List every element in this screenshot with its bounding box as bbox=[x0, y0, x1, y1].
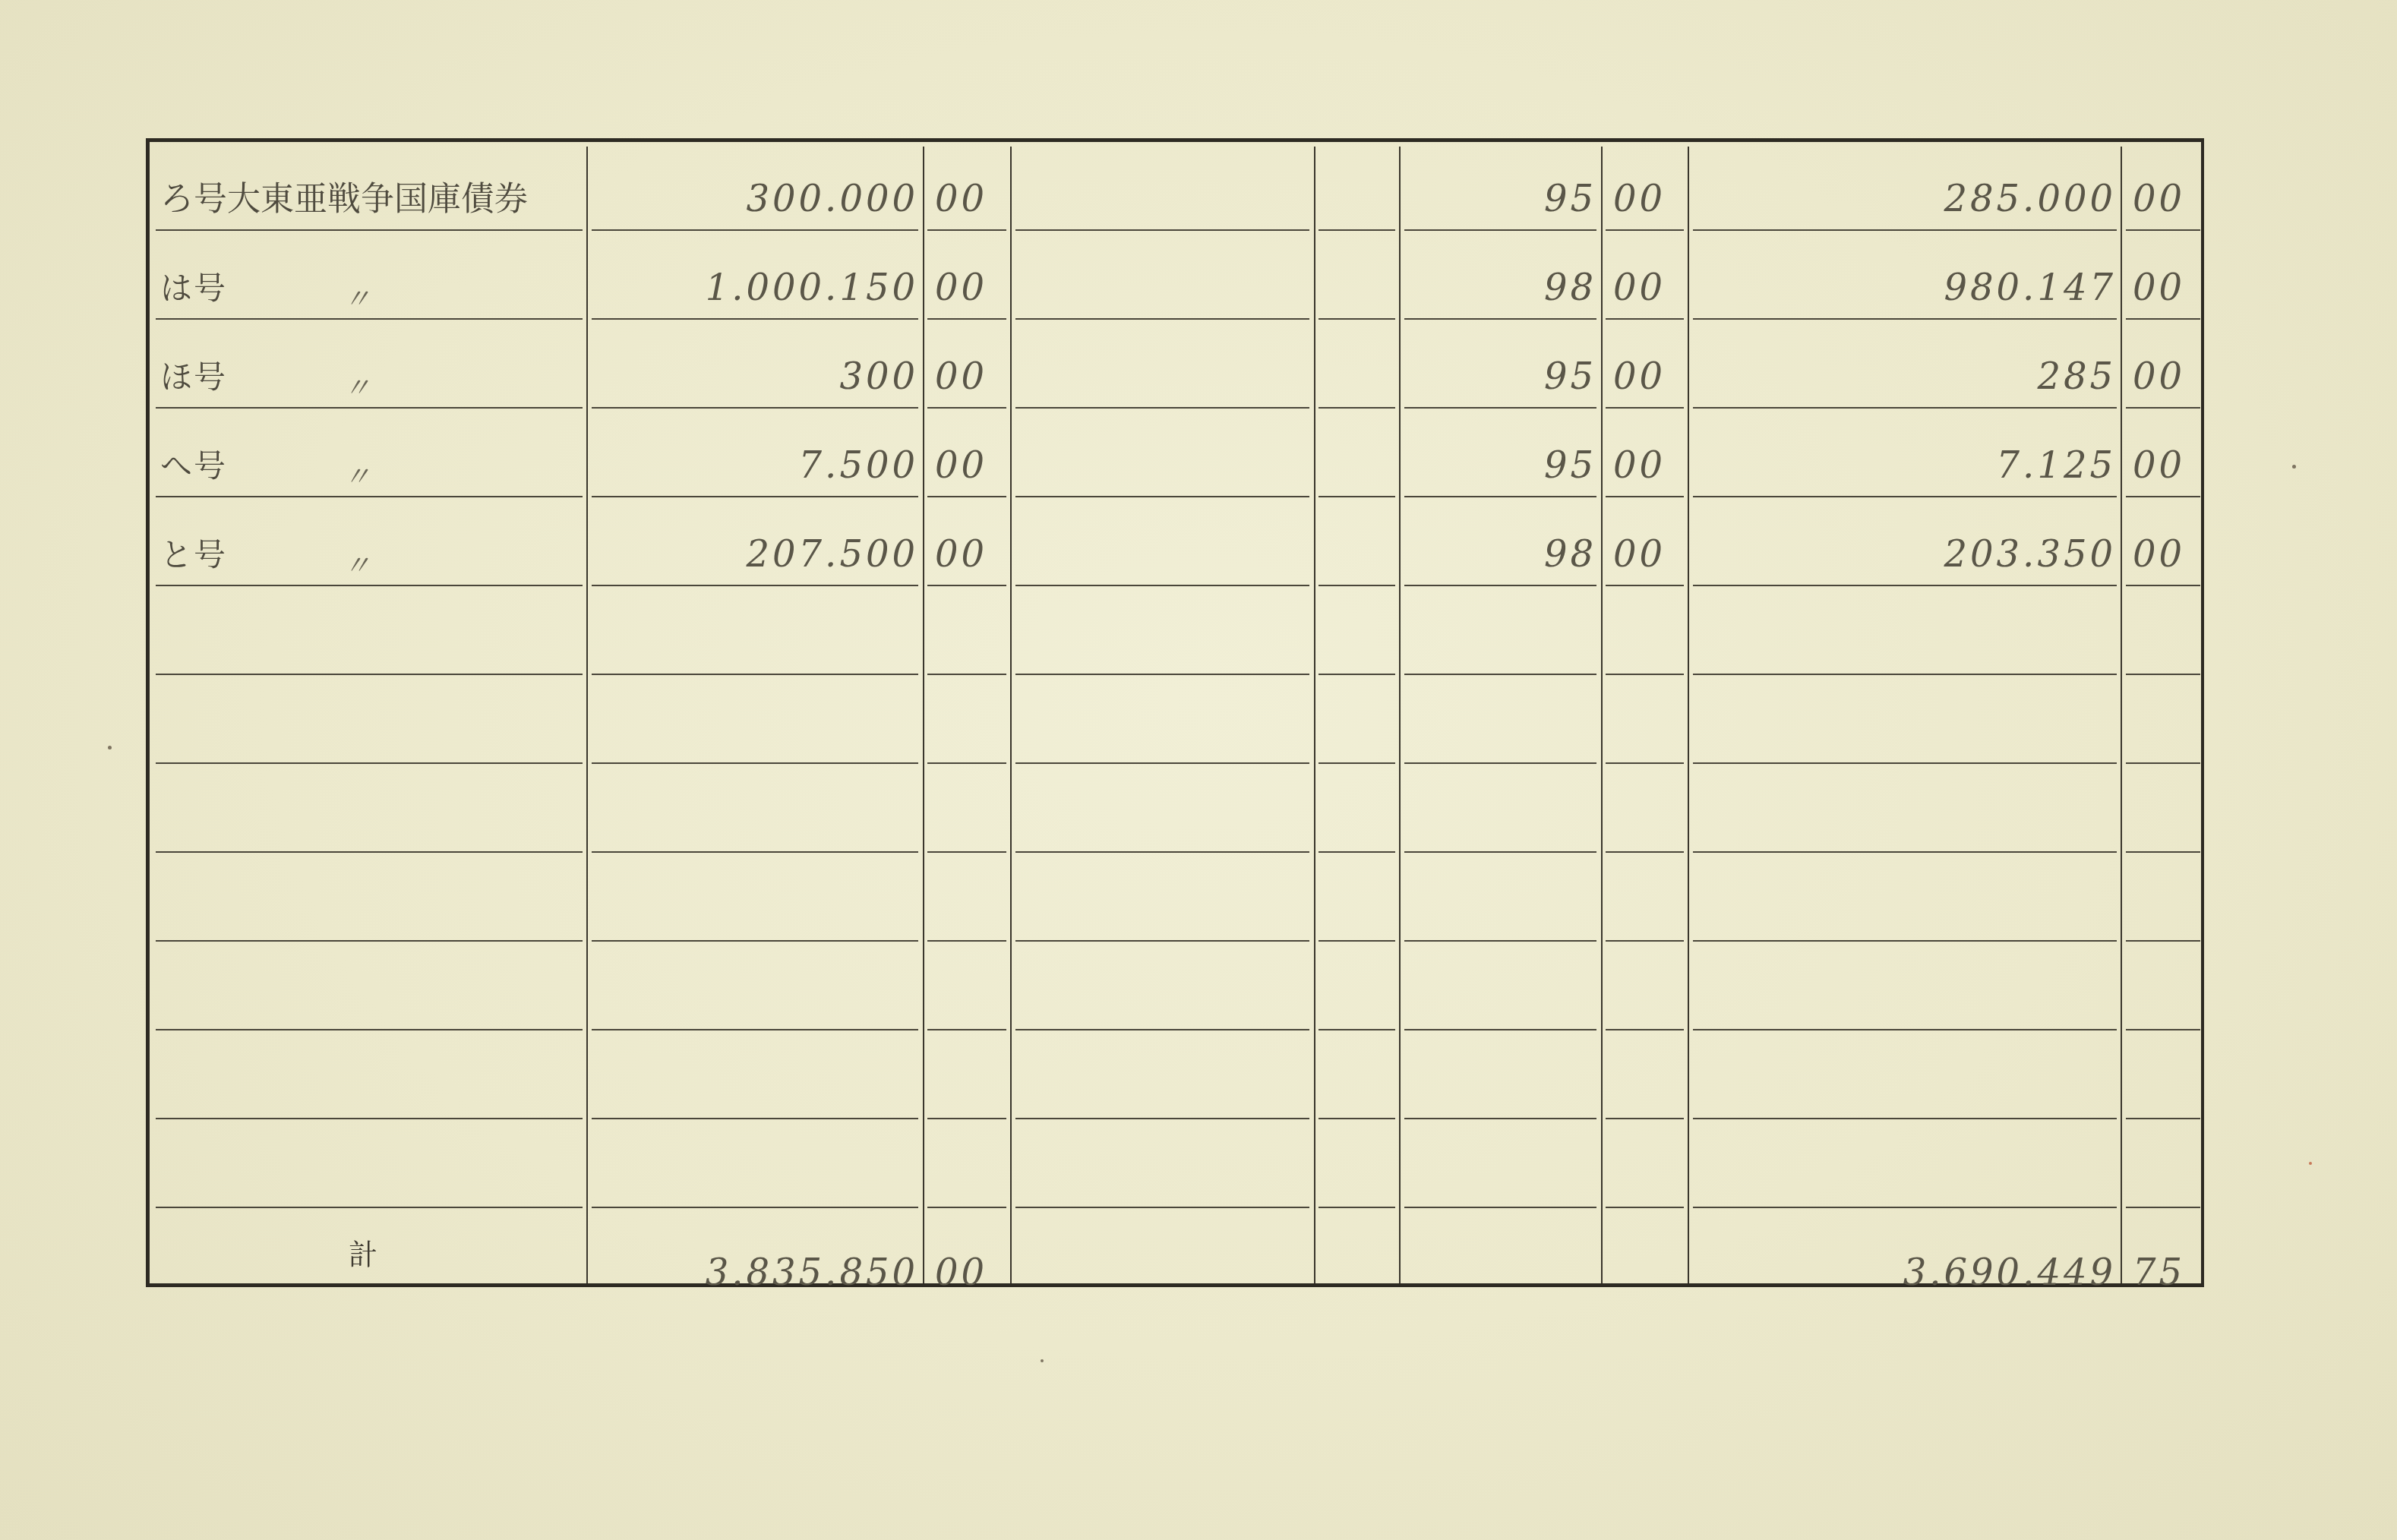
row-rule bbox=[1404, 1118, 1596, 1119]
column-divider bbox=[1314, 147, 1315, 1283]
row-rule bbox=[2126, 1029, 2200, 1030]
face-value-yen: 300.000 bbox=[588, 142, 923, 231]
price-sen: 00 bbox=[1603, 320, 1688, 409]
row-rule bbox=[1319, 940, 1395, 942]
row-rule bbox=[1015, 851, 1309, 853]
price-yen: 98 bbox=[1401, 497, 1601, 586]
row-rule bbox=[927, 940, 1006, 942]
row-rule bbox=[2126, 762, 2200, 764]
row-rule bbox=[1693, 1029, 2117, 1030]
row-rule bbox=[1319, 1207, 1395, 1208]
market-value-yen: 203.350 bbox=[1689, 497, 2121, 586]
bond-name: ろ号大東亜戦争国庫債券 bbox=[150, 142, 586, 231]
row-rule bbox=[1404, 762, 1596, 764]
row-rule bbox=[1693, 940, 2117, 942]
ditto-mark: 〃 bbox=[343, 278, 371, 317]
market-value-sen: 00 bbox=[2122, 409, 2202, 497]
row-rule bbox=[1319, 496, 1395, 497]
paper-speck bbox=[2292, 465, 2296, 469]
row-rule bbox=[927, 1029, 1006, 1030]
row-rule bbox=[1015, 407, 1309, 409]
row-rule bbox=[2126, 674, 2200, 675]
ditto-mark: 〃 bbox=[343, 367, 371, 406]
row-rule bbox=[1606, 1207, 1684, 1208]
row-rule bbox=[1015, 1207, 1309, 1208]
face-value-yen: 300 bbox=[588, 320, 923, 409]
total-face-value-sen: 00 bbox=[924, 1216, 1010, 1305]
row-rule bbox=[927, 762, 1006, 764]
market-value-sen: 00 bbox=[2122, 231, 2202, 320]
total-face-value-yen: 3.835.850 bbox=[588, 1216, 923, 1305]
row-rule bbox=[1404, 674, 1596, 675]
row-rule bbox=[1693, 674, 2117, 675]
face-value-sen: 00 bbox=[924, 231, 1010, 320]
row-rule bbox=[2126, 940, 2200, 942]
row-rule bbox=[1015, 1118, 1309, 1119]
face-value-sen: 00 bbox=[924, 409, 1010, 497]
row-rule bbox=[1015, 318, 1309, 320]
row-rule bbox=[1404, 940, 1596, 942]
face-value-sen: 00 bbox=[924, 142, 1010, 231]
row-rule bbox=[1015, 674, 1309, 675]
row-rule bbox=[927, 1118, 1006, 1119]
row-rule bbox=[1319, 407, 1395, 409]
paper-speck bbox=[108, 746, 112, 749]
market-value-yen: 285.000 bbox=[1689, 142, 2121, 231]
ledger-sheet: ろ号大東亜戦争国庫債券300.000009500285.00000は号〃1.00… bbox=[0, 0, 2397, 1540]
market-value-yen: 7.125 bbox=[1689, 409, 2121, 497]
row-rule bbox=[156, 674, 583, 675]
row-rule bbox=[156, 1118, 583, 1119]
row-rule bbox=[592, 762, 918, 764]
paper-speck bbox=[1041, 1359, 1044, 1362]
row-rule bbox=[1693, 1118, 2117, 1119]
face-value-yen: 207.500 bbox=[588, 497, 923, 586]
row-rule bbox=[1404, 851, 1596, 853]
price-yen: 98 bbox=[1401, 231, 1601, 320]
face-value-sen: 00 bbox=[924, 320, 1010, 409]
row-rule bbox=[1015, 496, 1309, 497]
row-rule bbox=[2126, 1207, 2200, 1208]
row-rule bbox=[1319, 851, 1395, 853]
row-rule bbox=[592, 1207, 918, 1208]
price-yen: 95 bbox=[1401, 320, 1601, 409]
row-rule bbox=[1015, 1029, 1309, 1030]
price-yen: 95 bbox=[1401, 409, 1601, 497]
row-rule bbox=[1693, 851, 2117, 853]
row-rule bbox=[1606, 1118, 1684, 1119]
price-sen: 00 bbox=[1603, 231, 1688, 320]
column-divider bbox=[1010, 147, 1012, 1283]
paper-speck bbox=[2309, 1162, 2312, 1165]
row-rule bbox=[1015, 229, 1309, 231]
row-rule bbox=[1015, 762, 1309, 764]
row-rule bbox=[927, 674, 1006, 675]
row-rule bbox=[1693, 762, 2117, 764]
row-rule bbox=[1319, 318, 1395, 320]
market-value-yen: 285 bbox=[1689, 320, 2121, 409]
row-rule bbox=[592, 851, 918, 853]
price-sen: 00 bbox=[1603, 409, 1688, 497]
ditto-mark: 〃 bbox=[343, 544, 371, 583]
row-rule bbox=[1319, 1118, 1395, 1119]
market-value-sen: 00 bbox=[2122, 497, 2202, 586]
price-sen: 00 bbox=[1603, 497, 1688, 586]
row-rule bbox=[156, 1029, 583, 1030]
row-rule bbox=[1606, 940, 1684, 942]
row-rule bbox=[156, 762, 583, 764]
row-rule bbox=[1319, 585, 1395, 586]
row-rule bbox=[592, 1118, 918, 1119]
market-value-yen: 980.147 bbox=[1689, 231, 2121, 320]
row-rule bbox=[1404, 1207, 1596, 1208]
market-value-sen: 00 bbox=[2122, 142, 2202, 231]
ditto-mark: 〃 bbox=[343, 456, 371, 494]
row-rule bbox=[927, 1207, 1006, 1208]
row-rule bbox=[1606, 762, 1684, 764]
row-rule bbox=[592, 940, 918, 942]
row-rule bbox=[1693, 1207, 2117, 1208]
row-rule bbox=[1606, 1029, 1684, 1030]
price-sen: 00 bbox=[1603, 142, 1688, 231]
row-rule bbox=[1015, 585, 1309, 586]
market-value-sen: 00 bbox=[2122, 320, 2202, 409]
price-yen: 95 bbox=[1401, 142, 1601, 231]
face-value-sen: 00 bbox=[924, 497, 1010, 586]
row-rule bbox=[1319, 229, 1395, 231]
row-rule bbox=[1319, 674, 1395, 675]
row-rule bbox=[2126, 851, 2200, 853]
ledger-table: ろ号大東亜戦争国庫債券300.000009500285.00000は号〃1.00… bbox=[146, 138, 2204, 1287]
row-rule bbox=[1015, 940, 1309, 942]
row-rule bbox=[927, 851, 1006, 853]
face-value-yen: 7.500 bbox=[588, 409, 923, 497]
total-market-value-yen: 3.690.449 bbox=[1689, 1216, 2121, 1305]
row-rule bbox=[156, 1207, 583, 1208]
face-value-yen: 1.000.150 bbox=[588, 231, 923, 320]
row-rule bbox=[1606, 851, 1684, 853]
row-rule bbox=[156, 940, 583, 942]
total-market-value-sen: 75 bbox=[2122, 1216, 2202, 1305]
row-rule bbox=[2126, 1118, 2200, 1119]
total-label: 計 bbox=[349, 1231, 377, 1273]
row-rule bbox=[592, 1029, 918, 1030]
row-rule bbox=[156, 851, 583, 853]
row-rule bbox=[592, 674, 918, 675]
row-rule bbox=[1606, 674, 1684, 675]
row-rule bbox=[1319, 1029, 1395, 1030]
row-rule bbox=[1404, 1029, 1596, 1030]
row-rule bbox=[1319, 762, 1395, 764]
